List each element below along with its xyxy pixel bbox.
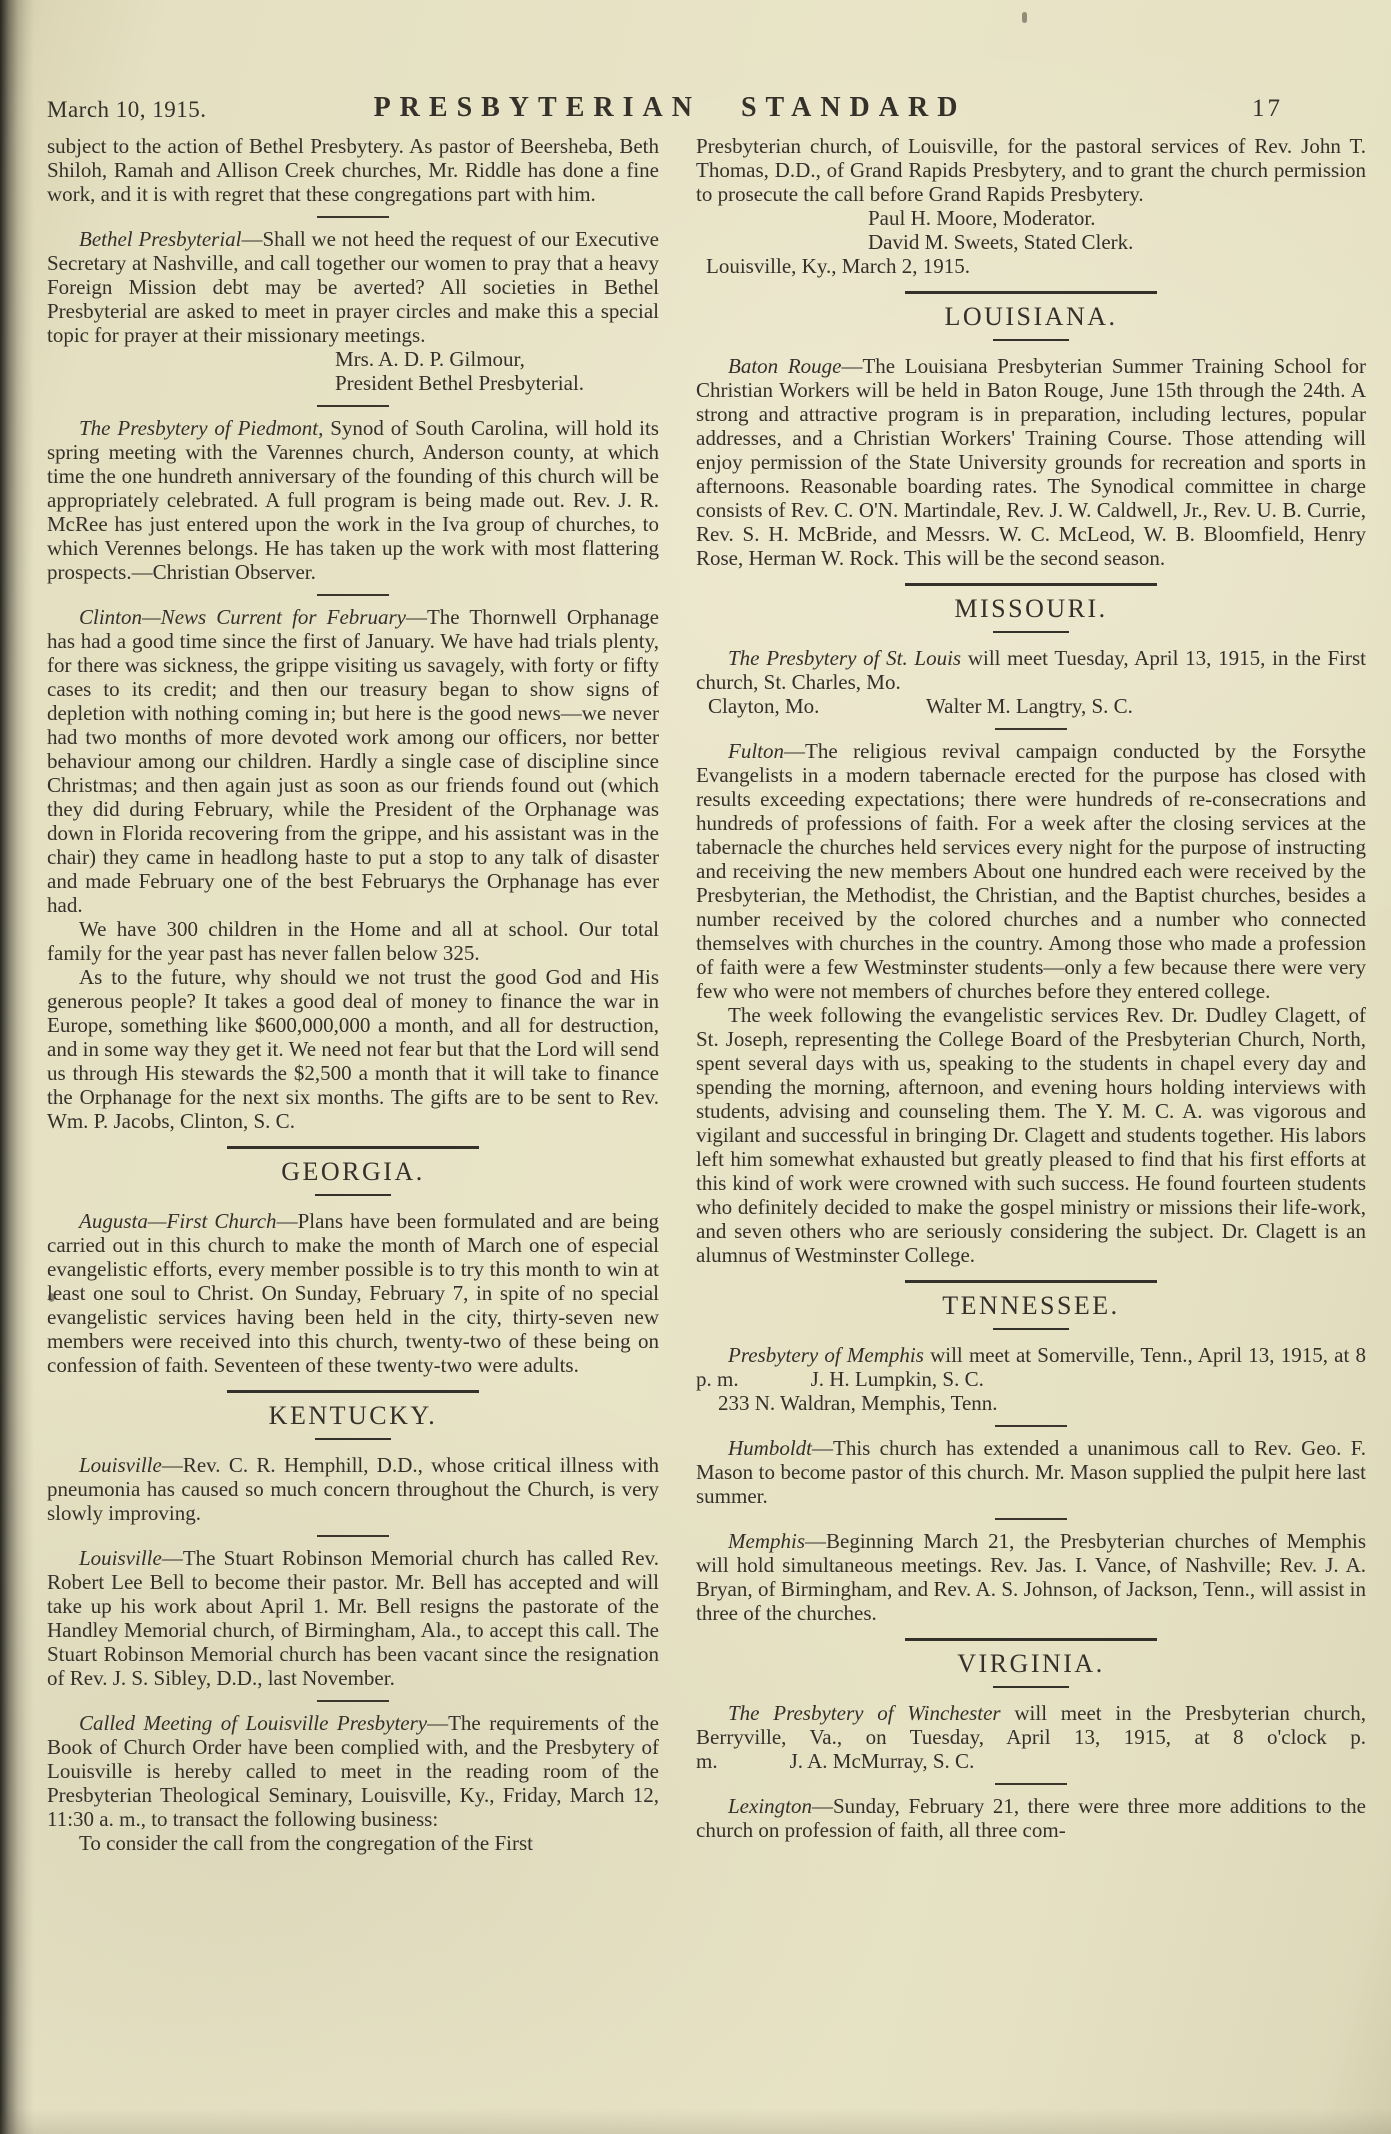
signature-block: Paul H. Moore, Moderator. David M. Sweet… xyxy=(696,206,1366,254)
article-paragraph: Presbyterian church, of Louisville, for … xyxy=(696,134,1366,206)
paragraph-divider xyxy=(317,1700,389,1702)
paragraph-divider xyxy=(995,728,1067,730)
section-rule-top xyxy=(905,1280,1157,1283)
paragraph-lead: Memphis xyxy=(728,1529,805,1553)
scanned-newspaper-page: March 10, 1915. PRESBYTERIAN STANDARD 17… xyxy=(0,0,1391,2134)
article-paragraph: The Presbytery of St. Louis will meet Tu… xyxy=(696,646,1366,694)
section-rule-top xyxy=(905,291,1157,294)
article-paragraph: Presbytery of Memphis will meet at Somer… xyxy=(696,1343,1366,1391)
scan-bottom-shadow xyxy=(0,2108,1391,2134)
paragraph-divider xyxy=(995,1425,1067,1427)
article-paragraph: To consider the call from the congregati… xyxy=(47,1831,659,1855)
section-kentucky: KENTUCKY. xyxy=(47,1390,659,1440)
article-paragraph: We have 300 children in the Home and all… xyxy=(47,917,659,965)
article-paragraph: Louisville—Rev. C. R. Hemphill, D.D., wh… xyxy=(47,1453,659,1525)
paragraph-text: Synod of South Carolina, will hold its s… xyxy=(47,416,659,584)
paragraph-lead: Bethel Presbyterial xyxy=(79,227,242,251)
scan-speck xyxy=(1022,12,1027,23)
article-paragraph: Bethel Presbyterial—Shall we not heed th… xyxy=(47,227,659,347)
section-virginia: VIRGINIA. xyxy=(696,1638,1366,1688)
section-heading: LOUISIANA. xyxy=(696,305,1366,329)
clerk-name: J. H. Lumpkin, S. C. xyxy=(811,1367,984,1391)
section-rule-bottom xyxy=(993,1328,1069,1330)
section-tennessee: TENNESSEE. xyxy=(696,1280,1366,1330)
paragraph-text: —The religious revival campaign conducte… xyxy=(696,739,1366,1003)
article-paragraph: Memphis—Beginning March 21, the Presbyte… xyxy=(696,1529,1366,1625)
signature-line: Paul H. Moore, Moderator. xyxy=(868,206,1366,230)
section-louisiana: LOUISIANA. xyxy=(696,291,1366,341)
article-paragraph: The week following the evangelistic serv… xyxy=(696,1003,1366,1267)
paragraph-lead: Louisville xyxy=(79,1453,162,1477)
article-paragraph: Lexington—Sunday, February 21, there wer… xyxy=(696,1794,1366,1842)
article-paragraph: Clinton—News Current for February—The Th… xyxy=(47,605,659,917)
section-rule-top xyxy=(227,1146,479,1149)
article-paragraph: Humboldt—This church has extended a unan… xyxy=(696,1436,1366,1508)
article-paragraph: subject to the action of Bethel Presbyte… xyxy=(47,134,659,206)
article-paragraph: Baton Rouge—The Louisiana Presbyterian S… xyxy=(696,354,1366,570)
paragraph-lead: Fulton xyxy=(728,739,784,763)
signature-block: Mrs. A. D. P. Gilmour, President Bethel … xyxy=(47,347,659,395)
signature-line: David M. Sweets, Stated Clerk. xyxy=(868,230,1366,254)
paragraph-lead: Baton Rouge xyxy=(728,354,841,378)
section-heading: GEORGIA. xyxy=(47,1160,659,1184)
paragraph-divider xyxy=(317,216,389,218)
issue-date: March 10, 1915. xyxy=(47,97,207,123)
paragraph-divider xyxy=(317,594,389,596)
paragraph-lead: The Presbytery of Piedmont, xyxy=(79,416,323,440)
paragraph-divider xyxy=(317,405,389,407)
paragraph-lead: The Presbytery of St. Louis xyxy=(728,646,961,670)
article-paragraph: Called Meeting of Louisville Presbytery—… xyxy=(47,1711,659,1831)
article-paragraph: The Presbytery of Winchester will meet i… xyxy=(696,1701,1366,1773)
paragraph-divider xyxy=(995,1518,1067,1520)
scan-edge-shadow xyxy=(0,0,34,2134)
article-paragraph: Fulton—The religious revival campaign co… xyxy=(696,739,1366,1003)
right-column: Presbyterian church, of Louisville, for … xyxy=(696,134,1366,1842)
paragraph-text: —The Louisiana Presbyterian Summer Train… xyxy=(696,354,1366,570)
paragraph-lead: Humboldt xyxy=(728,1436,812,1460)
paragraph-lead: The Presbytery of Winchester xyxy=(728,1701,1001,1725)
signature-line: Mrs. A. D. P. Gilmour, xyxy=(335,347,659,371)
section-heading: VIRGINIA. xyxy=(696,1652,1366,1676)
dateline: Louisville, Ky., March 2, 1915. xyxy=(696,254,1366,278)
left-column: subject to the action of Bethel Presbyte… xyxy=(47,134,659,1855)
section-rule-bottom xyxy=(993,339,1069,341)
paragraph-text: —The Thornwell Orphanage has had a good … xyxy=(47,605,659,917)
signature-line: President Bethel Presbyterial. xyxy=(335,371,659,395)
section-rule-top xyxy=(905,583,1157,586)
paragraph-lead: Lexington xyxy=(728,1794,812,1818)
clerk-address: 233 N. Waldran, Memphis, Tenn. xyxy=(696,1391,1366,1415)
masthead-title: PRESBYTERIAN STANDARD xyxy=(330,92,1010,124)
article-paragraph: Augusta—First Church—Plans have been for… xyxy=(47,1209,659,1377)
clerk-name: J. A. McMurray, S. C. xyxy=(790,1749,975,1773)
section-rule-bottom xyxy=(993,631,1069,633)
section-rule-bottom xyxy=(993,1686,1069,1688)
section-heading: KENTUCKY. xyxy=(47,1404,659,1428)
section-georgia: GEORGIA. xyxy=(47,1146,659,1196)
section-rule-bottom xyxy=(315,1438,391,1440)
clerk-name: Walter M. Langtry, S. C. xyxy=(926,694,1133,718)
paragraph-text: —Plans have been formulated and are bein… xyxy=(47,1209,659,1377)
paragraph-divider xyxy=(995,1783,1067,1785)
paragraph-divider xyxy=(317,1535,389,1537)
place-and-clerk-line: Clayton, Mo. Walter M. Langtry, S. C. xyxy=(696,694,1366,718)
article-paragraph: The Presbytery of Piedmont, Synod of Sou… xyxy=(47,416,659,584)
paragraph-lead: Presbytery of Memphis xyxy=(728,1343,924,1367)
paragraph-lead: Called Meeting of Louisville Presbytery xyxy=(79,1711,427,1735)
section-heading: MISSOURI. xyxy=(696,597,1366,621)
place-name: Clayton, Mo. xyxy=(696,694,819,718)
section-heading: TENNESSEE. xyxy=(696,1294,1366,1318)
article-paragraph: Louisville—The Stuart Robinson Memorial … xyxy=(47,1546,659,1690)
paragraph-lead: Augusta—First Church xyxy=(79,1209,277,1233)
paragraph-lead: Louisville xyxy=(79,1546,162,1570)
section-rule-top xyxy=(227,1390,479,1393)
paragraph-lead: Clinton—News Current for February xyxy=(79,605,406,629)
section-missouri: MISSOURI. xyxy=(696,583,1366,633)
article-paragraph: As to the future, why should we not trus… xyxy=(47,965,659,1133)
page-number: 17 xyxy=(1252,95,1283,123)
section-rule-bottom xyxy=(315,1194,391,1196)
section-rule-top xyxy=(905,1638,1157,1641)
